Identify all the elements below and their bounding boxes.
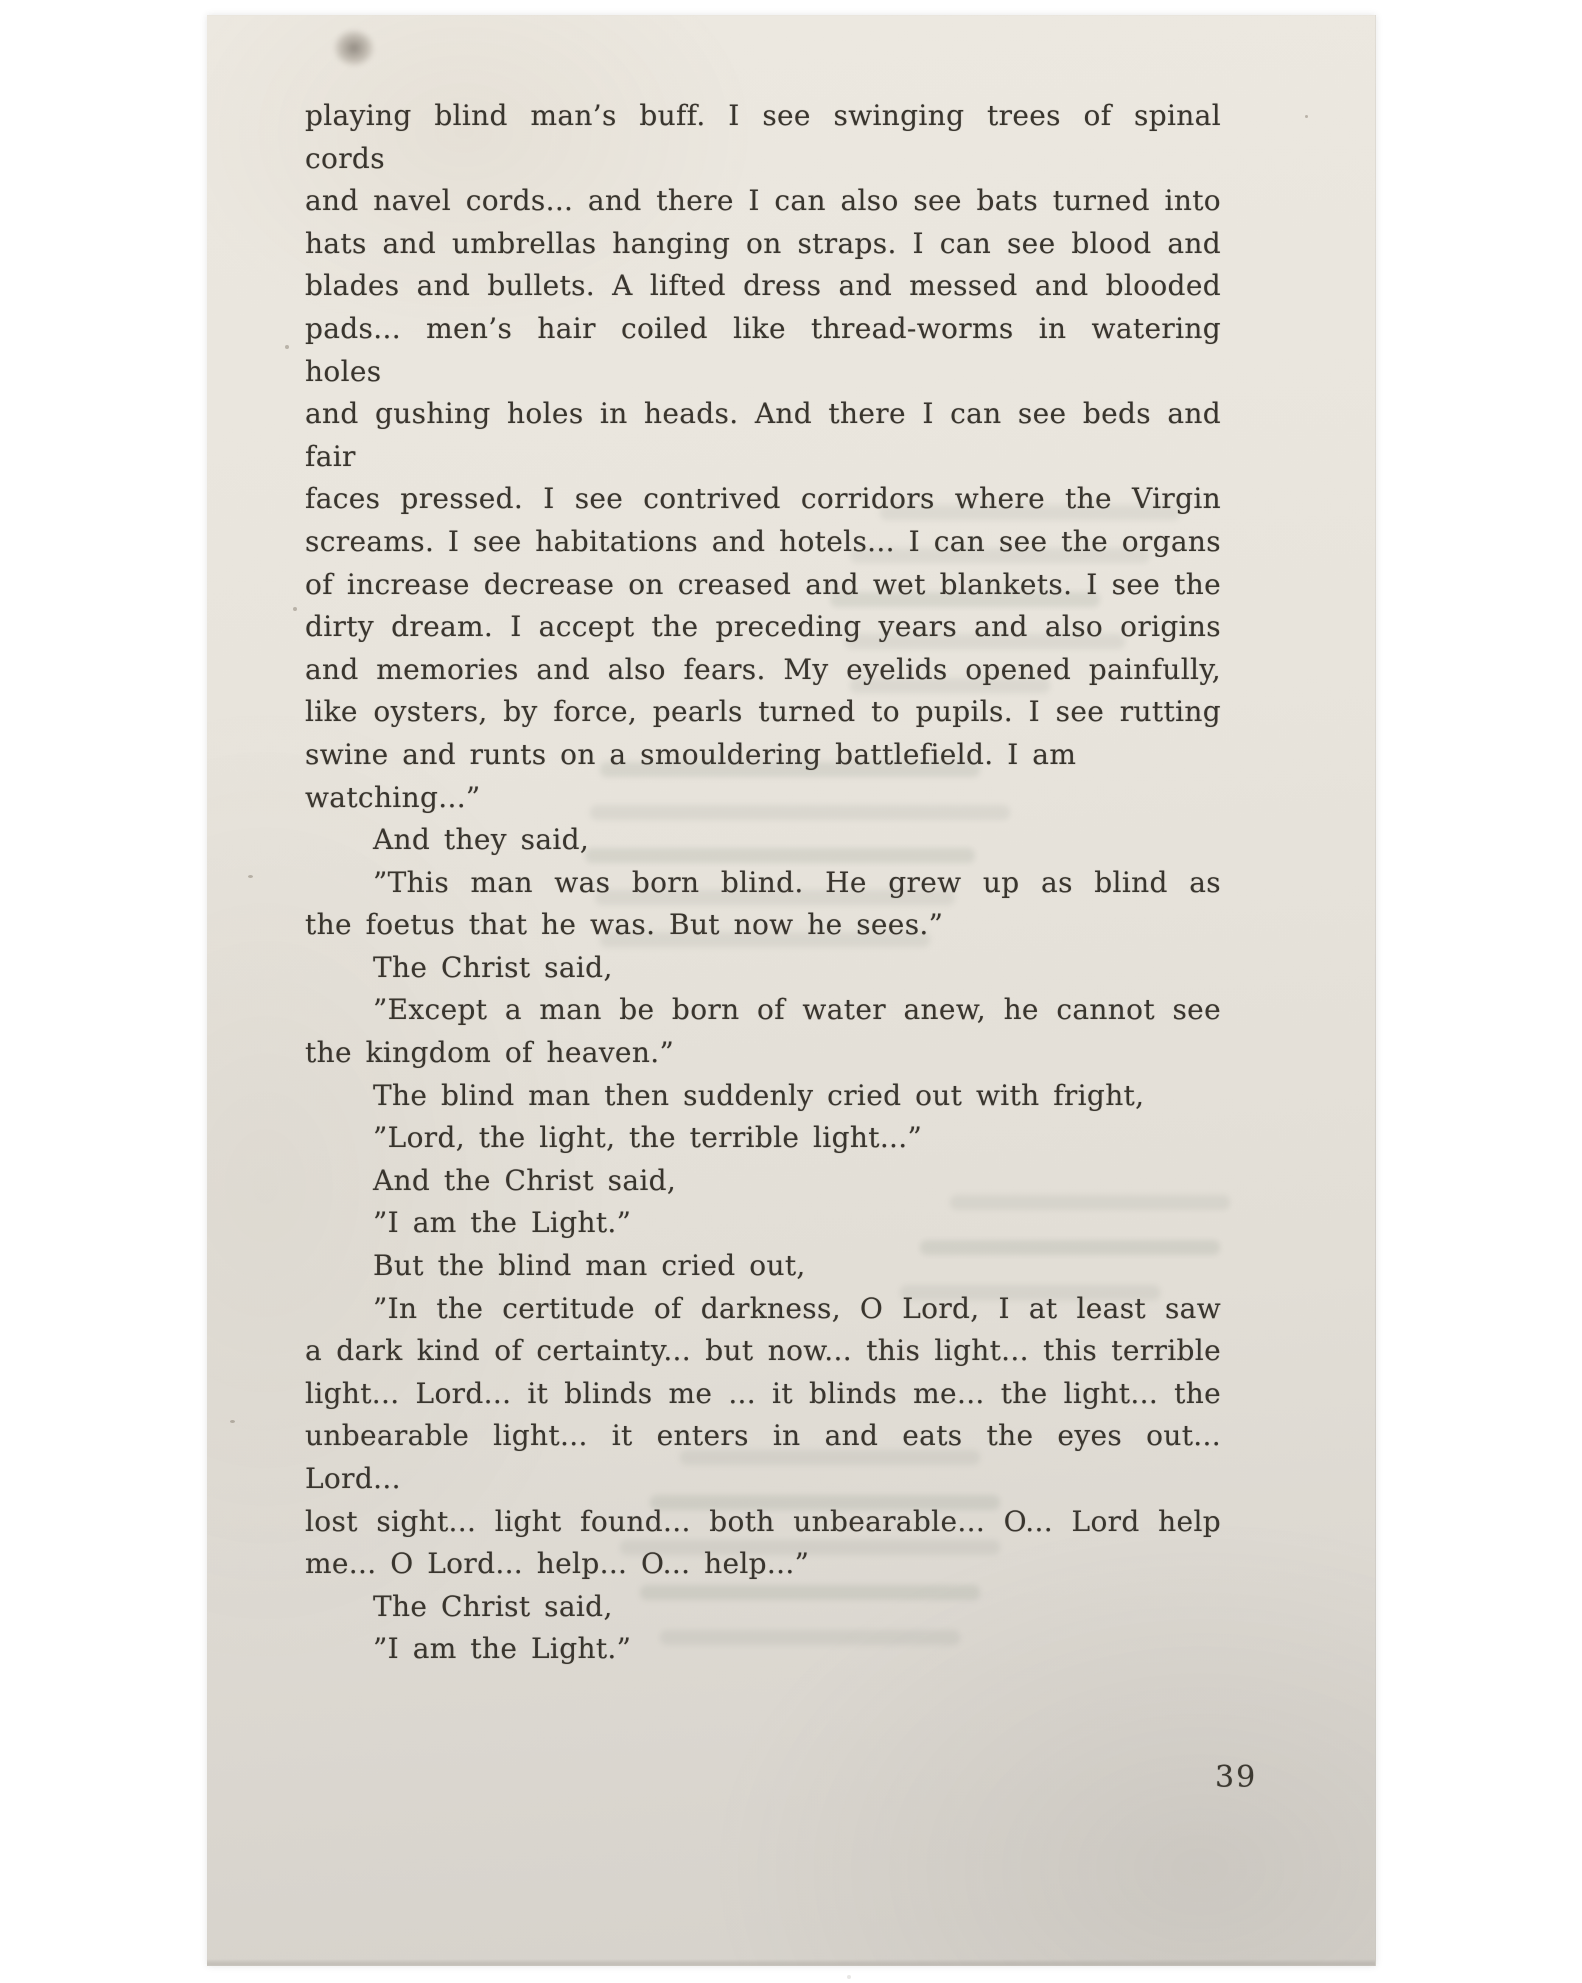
text-line: ”This man was born blind. He grew up as … [305,862,1221,905]
text-line: and gushing holes in heads. And there I … [305,393,1221,478]
paragraph: ”I am the Light.” [305,1202,1221,1245]
paragraph: ”Lord, the light, the terrible light...” [305,1117,1221,1160]
text-line: But the blind man cried out, [305,1245,1221,1288]
text-line: ”I am the Light.” [305,1202,1221,1245]
text-line: faces pressed. I see contrived corridors… [305,478,1221,521]
text-line: unbearable light... it enters in and eat… [305,1415,1221,1500]
paragraph: And the Christ said, [305,1160,1221,1203]
paragraph: ”This man was born blind. He grew up as … [305,862,1221,947]
page-number: 39 [1215,1760,1275,1795]
text-line: lost sight... light found... both unbear… [305,1501,1221,1544]
text-line: dirty dream. I accept the preceding year… [305,606,1221,649]
paper-speck [1305,115,1308,118]
text-line: ”Lord, the light, the terrible light...” [305,1117,1221,1160]
text-line: The Christ said, [305,1586,1221,1629]
text-line: and memories and also fears. My eyelids … [305,649,1221,692]
paragraph: playing blind man’s buff. I see swinging… [305,95,1221,819]
text-line: of increase decrease on creased and wet … [305,564,1221,607]
paper-speck [248,875,253,878]
paragraph: The Christ said, [305,947,1221,990]
text-line: playing blind man’s buff. I see swinging… [305,95,1221,180]
paragraph: The blind man then suddenly cried out wi… [305,1075,1221,1118]
scanned-book-page: playing blind man’s buff. I see swinging… [207,15,1376,1966]
paragraph: ”In the certitude of darkness, O Lord, I… [305,1288,1221,1586]
paragraph: And they said, [305,819,1221,862]
paragraph: The Christ said, [305,1586,1221,1629]
paragraph: ”I am the Light.” [305,1628,1221,1671]
text-line: light... Lord... it blinds me ... it bli… [305,1373,1221,1416]
paper-speck [293,607,297,611]
text-line: And they said, [305,819,1221,862]
text-line: blades and bullets. A lifted dress and m… [305,265,1221,308]
text-line: me... O Lord... help... O... help...” [305,1543,1221,1586]
text-line: the foetus that he was. But now he sees.… [305,904,1221,947]
text-line: hats and umbrellas hanging on straps. I … [305,223,1221,266]
paper-speck [285,345,289,349]
text-line: ”In the certitude of darkness, O Lord, I… [305,1288,1221,1331]
text-line: The blind man then suddenly cried out wi… [305,1075,1221,1118]
text-line: And the Christ said, [305,1160,1221,1203]
text-line: the kingdom of heaven.” [305,1032,1221,1075]
ink-smudge-stain [333,29,375,67]
text-line: swine and runts on a smouldering battlef… [305,734,1221,819]
page-stack-edge [207,1959,1375,1966]
paragraph: But the blind man cried out, [305,1245,1221,1288]
text-line: ”Except a man be born of water anew, he … [305,989,1221,1032]
text-block: playing blind man’s buff. I see swinging… [305,95,1221,1671]
text-line: pads... men’s hair coiled like thread-wo… [305,308,1221,393]
paragraph: ”Except a man be born of water anew, he … [305,989,1221,1074]
text-line: The Christ said, [305,947,1221,990]
text-line: like oysters, by force, pearls turned to… [305,691,1221,734]
paper-speck [230,1420,235,1423]
text-line: and navel cords... and there I can also … [305,180,1221,223]
paper-speck [847,1975,851,1979]
text-line: screams. I see habitations and hotels...… [305,521,1221,564]
text-line: ”I am the Light.” [305,1628,1221,1671]
text-line: a dark kind of certainty... but now... t… [305,1330,1221,1373]
